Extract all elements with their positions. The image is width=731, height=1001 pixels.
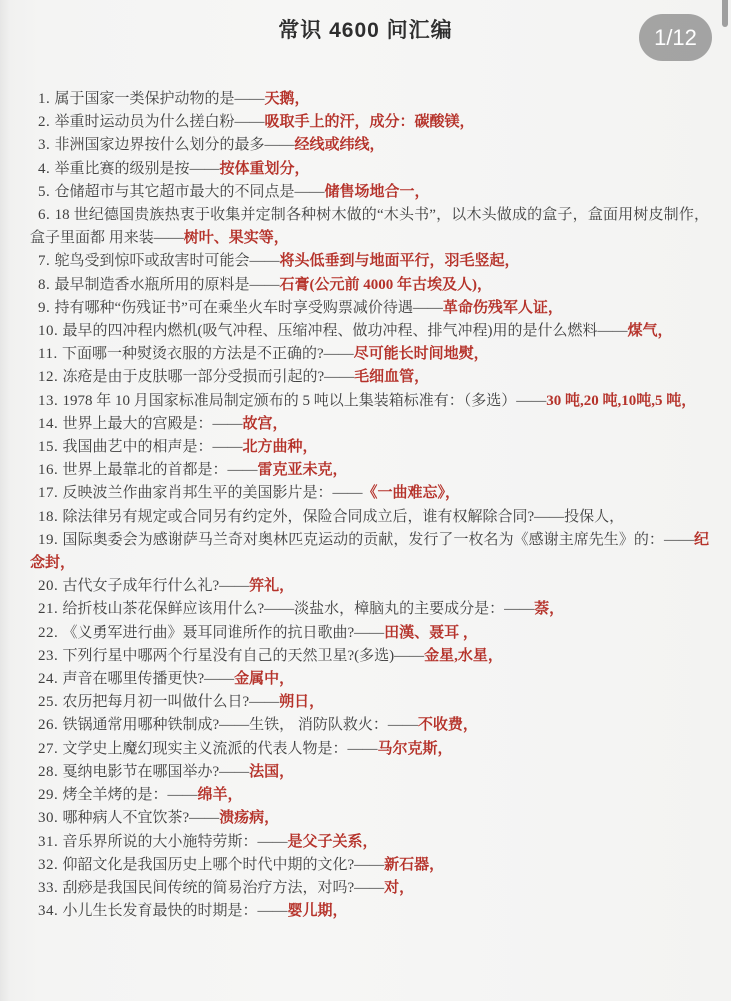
answer-text: 婴儿期， [288, 903, 348, 919]
question-number: 25. [38, 694, 63, 710]
question-number: 21. [38, 601, 63, 617]
question-number: 23. [38, 648, 63, 664]
answer-text: 马尔克斯， [378, 741, 453, 757]
answer-text: 毛细血管， [354, 369, 429, 385]
answer-text: 天鹅， [265, 91, 310, 107]
question-number: 13. [38, 393, 63, 409]
question-item: 23. 下列行星中哪两个行星没有自己的天然卫星?(多选)——金星,水星， [30, 645, 709, 668]
question-number: 24. [38, 671, 63, 687]
question-list: 1. 属于国家一类保护动物的是——天鹅，2. 举重时运动员为什么搓白粉——吸取手… [0, 88, 731, 923]
answer-text: 尽可能长时间地熨， [354, 346, 489, 362]
question-text: 最早的四冲程内燃机(吸气冲程、压缩冲程、做功冲程、排气冲程)用的是什么燃料—— [63, 323, 628, 339]
question-item: 18. 除法律另有规定或合同另有约定外，保险合同成立后，谁有权解除合同?——投保… [30, 506, 709, 529]
question-number: 22. [38, 625, 63, 641]
answer-text: 经线或纬线， [295, 137, 385, 153]
answer-text: 不收费， [418, 717, 478, 733]
question-text: 鸵鸟受到惊吓或敌害时可能会—— [55, 253, 280, 269]
question-number: 7. [38, 253, 55, 269]
question-item: 33. 刮痧是我国民间传统的简易治疗方法，对吗?——对， [30, 877, 709, 900]
answer-text: 30 吨,20 吨,10吨,5 吨， [546, 393, 696, 409]
question-number: 1. [38, 91, 55, 107]
question-number: 8. [38, 277, 55, 293]
answer-text: 萘， [534, 601, 564, 617]
question-text: 仰韶文化是我国历史上哪个时代中期的文化?—— [63, 857, 385, 873]
answer-text: 《一曲难忘》， [363, 485, 461, 501]
question-text: 农历把每月初一叫做什么日?—— [63, 694, 280, 710]
answer-text: 溃疡病， [219, 810, 279, 826]
question-text: 烤全羊烤的是：—— [63, 787, 198, 803]
question-text: 声音在哪里传播更快?—— [63, 671, 235, 687]
question-text: 非洲国家边界按什么划分的最多—— [55, 137, 295, 153]
answer-text: 田漢、聂耳 ， [384, 625, 478, 641]
question-number: 19. [38, 532, 63, 548]
document-title: 常识 4600 问汇编 [0, 0, 731, 46]
question-text: 我国曲艺中的相声是：—— [63, 439, 243, 455]
question-item: 31. 音乐界所说的大小施特劳斯：——是父子关系， [30, 831, 709, 854]
question-item: 1. 属于国家一类保护动物的是——天鹅， [30, 88, 709, 111]
question-text: 下面哪一种熨烫衣服的方法是不正确的?—— [62, 346, 354, 362]
question-number: 4. [38, 161, 55, 177]
question-item: 9. 持有哪种“伤残证书”可在乘坐火车时享受购票减价待遇——革命伤残军人证， [30, 297, 709, 320]
question-text: 给折枝山茶花保鲜应该用什么?——淡盐水，樟脑丸的主要成分是：—— [63, 601, 535, 617]
question-item: 20. 古代女子成年行什么礼?——笄礼， [30, 575, 709, 598]
scrollbar-thumb[interactable] [722, 0, 728, 27]
answer-text: 对， [384, 880, 414, 896]
question-number: 33. [38, 880, 63, 896]
question-text: 刮痧是我国民间传统的简易治疗方法，对吗?—— [63, 880, 385, 896]
answer-text: 是父子关系， [288, 834, 378, 850]
document-page: 常识 4600 问汇编 1/12 1. 属于国家一类保护动物的是——天鹅，2. … [0, 0, 731, 1001]
question-item: 32. 仰韶文化是我国历史上哪个时代中期的文化?——新石器， [30, 854, 709, 877]
question-number: 15. [38, 439, 63, 455]
question-item: 22. 《义勇军进行曲》聂耳同谁所作的抗日歌曲?——田漢、聂耳 ， [30, 622, 709, 645]
answer-text: 石膏(公元前 4000 年古埃及人)， [280, 277, 493, 293]
answer-text: 绵羊， [198, 787, 243, 803]
question-number: 6. [38, 207, 55, 223]
answer-text: 储售场地合一， [325, 184, 430, 200]
answer-text: 雷克亚未克， [258, 462, 348, 478]
question-text: 世界上最大的宫殿是：—— [63, 416, 243, 432]
question-number: 10. [38, 323, 63, 339]
question-item: 7. 鸵鸟受到惊吓或敌害时可能会——将头低垂到与地面平行，羽毛竖起， [30, 250, 709, 273]
question-item: 26. 铁锅通常用哪种铁制成?——生铁， 消防队救火：——不收费， [30, 714, 709, 737]
question-number: 34. [38, 903, 63, 919]
answer-text: 故宫， [243, 416, 288, 432]
question-item: 10. 最早的四冲程内燃机(吸气冲程、压缩冲程、做功冲程、排气冲程)用的是什么燃… [30, 320, 709, 343]
question-item: 17. 反映波兰作曲家肖邦生平的美国影片是：——《一曲难忘》， [30, 482, 709, 505]
question-number: 14. [38, 416, 63, 432]
question-text: 下列行星中哪两个行星没有自己的天然卫星?(多选)—— [63, 648, 425, 664]
question-item: 11. 下面哪一种熨烫衣服的方法是不正确的?——尽可能长时间地熨， [30, 343, 709, 366]
question-number: 28. [38, 764, 63, 780]
question-item: 25. 农历把每月初一叫做什么日?——朔日， [30, 691, 709, 714]
question-number: 3. [38, 137, 55, 153]
question-item: 30. 哪种病人不宜饮茶?——溃疡病， [30, 807, 709, 830]
question-item: 29. 烤全羊烤的是：——绵羊， [30, 784, 709, 807]
question-item: 34. 小儿生长发育最快的时期是：——婴儿期， [30, 900, 709, 923]
question-item: 8. 最早制造香水瓶所用的原料是——石膏(公元前 4000 年古埃及人)， [30, 274, 709, 297]
question-text: 世界上最靠北的首都是：—— [63, 462, 258, 478]
question-item: 14. 世界上最大的宫殿是：——故宫， [30, 413, 709, 436]
question-item: 15. 我国曲艺中的相声是：——北方曲种， [30, 436, 709, 459]
question-text: 18 世纪德国贵族热衷于收集并定制各种树木做的“木头书”，以木头做成的盒子，盒面… [30, 207, 709, 246]
question-number: 9. [38, 300, 55, 316]
answer-text: 按体重划分， [220, 161, 310, 177]
question-text: 古代女子成年行什么礼?—— [63, 578, 250, 594]
question-item: 28. 戛纳电影节在哪国举办?——法国， [30, 761, 709, 784]
question-number: 29. [38, 787, 63, 803]
answer-text: 北方曲种， [243, 439, 318, 455]
answer-text: 笄礼， [249, 578, 294, 594]
question-text: 举重比赛的级别是按—— [55, 161, 220, 177]
question-item: 16. 世界上最靠北的首都是：——雷克亚未克， [30, 459, 709, 482]
question-text: 最早制造香水瓶所用的原料是—— [55, 277, 280, 293]
answer-text: 将头低垂到与地面平行，羽毛竖起， [280, 253, 520, 269]
question-number: 5. [38, 184, 55, 200]
question-item: 19. 国际奥委会为感谢萨马兰奇对奥林匹克运动的贡献，发行了一枚名为《感谢主席先… [30, 529, 709, 575]
question-number: 32. [38, 857, 63, 873]
answer-text: 新石器， [384, 857, 444, 873]
page-indicator-badge: 1/12 [639, 14, 712, 61]
answer-text: 吸取手上的汗，成分：碳酸镁， [265, 114, 475, 130]
question-item: 4. 举重比赛的级别是按——按体重划分， [30, 158, 709, 181]
answer-text: 朔日， [279, 694, 324, 710]
answer-text: 金属中， [234, 671, 294, 687]
question-item: 5. 仓储超市与其它超市最大的不同点是——储售场地合一， [30, 181, 709, 204]
answer-text: 树叶、果实等， [184, 230, 289, 246]
question-text: 小儿生长发育最快的时期是：—— [63, 903, 288, 919]
question-text: 1978 年 10 月国家标准局制定颁布的 5 吨以上集装箱标准有：（多选）—— [63, 393, 547, 409]
question-text: 除法律另有规定或合同另有约定外，保险合同成立后，谁有权解除合同?——投保人， [63, 509, 625, 525]
answer-text: 法国， [249, 764, 294, 780]
question-item: 12. 冻疮是由于皮肤哪一部分受损而引起的?——毛细血管， [30, 366, 709, 389]
question-text: 举重时运动员为什么搓白粉—— [55, 114, 265, 130]
question-item: 2. 举重时运动员为什么搓白粉——吸取手上的汗，成分：碳酸镁， [30, 111, 709, 134]
question-item: 21. 给折枝山茶花保鲜应该用什么?——淡盐水，樟脑丸的主要成分是：——萘， [30, 598, 709, 621]
question-item: 3. 非洲国家边界按什么划分的最多——经线或纬线， [30, 134, 709, 157]
question-number: 20. [38, 578, 63, 594]
question-number: 16. [38, 462, 63, 478]
question-number: 17. [38, 485, 63, 501]
answer-text: 煤气， [628, 323, 673, 339]
question-number: 18. [38, 509, 63, 525]
question-number: 12. [38, 369, 63, 385]
question-text: 哪种病人不宜饮茶?—— [63, 810, 220, 826]
question-text: 国际奥委会为感谢萨马兰奇对奥林匹克运动的贡献，发行了一枚名为《感谢主席先生》的：… [63, 532, 694, 548]
question-item: 24. 声音在哪里传播更快?——金属中， [30, 668, 709, 691]
question-item: 27. 文学史上魔幻现实主义流派的代表人物是：——马尔克斯， [30, 738, 709, 761]
question-text: 戛纳电影节在哪国举办?—— [63, 764, 250, 780]
question-text: 属于国家一类保护动物的是—— [55, 91, 265, 107]
question-item: 13. 1978 年 10 月国家标准局制定颁布的 5 吨以上集装箱标准有：（多… [30, 390, 709, 413]
answer-text: 革命伤残军人证， [443, 300, 563, 316]
question-number: 26. [38, 717, 63, 733]
question-number: 30. [38, 810, 63, 826]
question-text: 反映波兰作曲家肖邦生平的美国影片是：—— [63, 485, 363, 501]
question-text: 铁锅通常用哪种铁制成?——生铁， 消防队救火：—— [63, 717, 418, 733]
question-text: 冻疮是由于皮肤哪一部分受损而引起的?—— [63, 369, 355, 385]
question-number: 2. [38, 114, 55, 130]
question-text: 音乐界所说的大小施特劳斯：—— [63, 834, 288, 850]
question-text: 持有哪种“伤残证书”可在乘坐火车时享受购票减价待遇—— [55, 300, 443, 316]
answer-text: 金星,水星， [424, 648, 503, 664]
question-number: 11. [38, 346, 62, 362]
question-text: 《义勇军进行曲》聂耳同谁所作的抗日歌曲?—— [63, 625, 385, 641]
question-text: 文学史上魔幻现实主义流派的代表人物是：—— [63, 741, 378, 757]
question-number: 31. [38, 834, 63, 850]
question-text: 仓储超市与其它超市最大的不同点是—— [55, 184, 325, 200]
question-item: 6. 18 世纪德国贵族热衷于收集并定制各种树木做的“木头书”，以木头做成的盒子… [30, 204, 709, 250]
question-number: 27. [38, 741, 63, 757]
